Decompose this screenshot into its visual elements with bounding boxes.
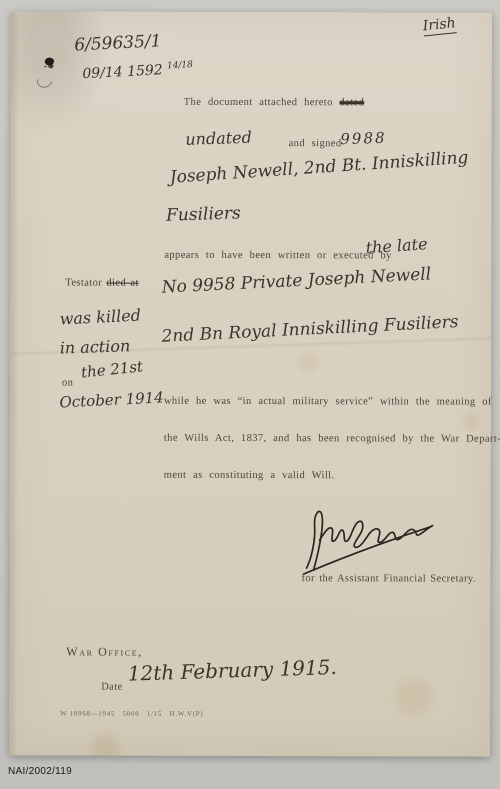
document-paper: Irish 6/59635/1 09/14 1592 14/18 The doc… xyxy=(9,11,492,756)
printed-line-attached: The document attached hereto dated xyxy=(184,97,365,108)
hw-testator-name-2: Fusiliers xyxy=(166,203,241,225)
hw-soldier-line: No 9958 Private Joseph Newell xyxy=(161,264,431,297)
printed-wills-act: the Wills Act, 1837, and has been recogn… xyxy=(164,433,500,445)
ink-blot xyxy=(44,56,55,67)
hw-date-value: 12th February 1915. xyxy=(127,655,337,686)
file-reference-2: 09/14 1592 14/18 xyxy=(82,60,194,82)
archive-reference: NAI/2002/119 xyxy=(8,766,72,777)
file-reference-1: 6/59635/1 xyxy=(74,31,162,55)
struck-word-dated: dated xyxy=(339,97,364,108)
hw-was-killed: was killed xyxy=(59,305,141,328)
irish-annotation: Irish xyxy=(422,15,457,36)
printed-testator-text: Testator xyxy=(65,278,102,289)
file-reference-2-main: 09/14 1592 xyxy=(82,62,163,82)
file-reference-2-fraction: 14/18 xyxy=(167,60,193,71)
printer-code: W 10968—1945 5000 1/15 H.W.V(P) xyxy=(60,711,203,718)
printed-testator: Testator died at xyxy=(65,278,139,289)
printed-date-label: Date xyxy=(101,682,122,693)
hw-the-late: the late xyxy=(365,234,428,257)
printed-military-service: while he was “in actual military service… xyxy=(164,396,492,408)
printed-attached-text: The document attached hereto xyxy=(184,97,333,108)
hw-service-number-signed: 9988 xyxy=(340,129,387,148)
printed-for-assistant-secretary: for the Assistant Financial Secretary. xyxy=(301,573,475,584)
printed-war-office: War Office, xyxy=(66,645,143,660)
struck-died-at: died at xyxy=(106,278,138,289)
printed-and-signed: and signed xyxy=(289,138,342,149)
pencil-mark xyxy=(34,70,55,90)
printed-valid-will: ment as constituting a valid Will. xyxy=(164,470,335,481)
hw-death-month: October 1914 xyxy=(59,388,164,411)
hw-in-action: in action xyxy=(59,336,130,357)
printed-executed-by: appears to have been written or executed… xyxy=(164,250,392,262)
hw-testator-name: Joseph Newell, 2nd Bt. Inniskilling xyxy=(169,148,469,188)
printed-on: on xyxy=(62,378,73,389)
official-signature xyxy=(291,500,441,580)
hw-unit-line: 2nd Bn Royal Inniskilling Fusiliers xyxy=(161,312,459,347)
scan-background: Irish 6/59635/1 09/14 1592 14/18 The doc… xyxy=(0,0,500,789)
hw-death-day: the 21st xyxy=(80,357,144,381)
hw-undated: undated xyxy=(185,128,252,149)
